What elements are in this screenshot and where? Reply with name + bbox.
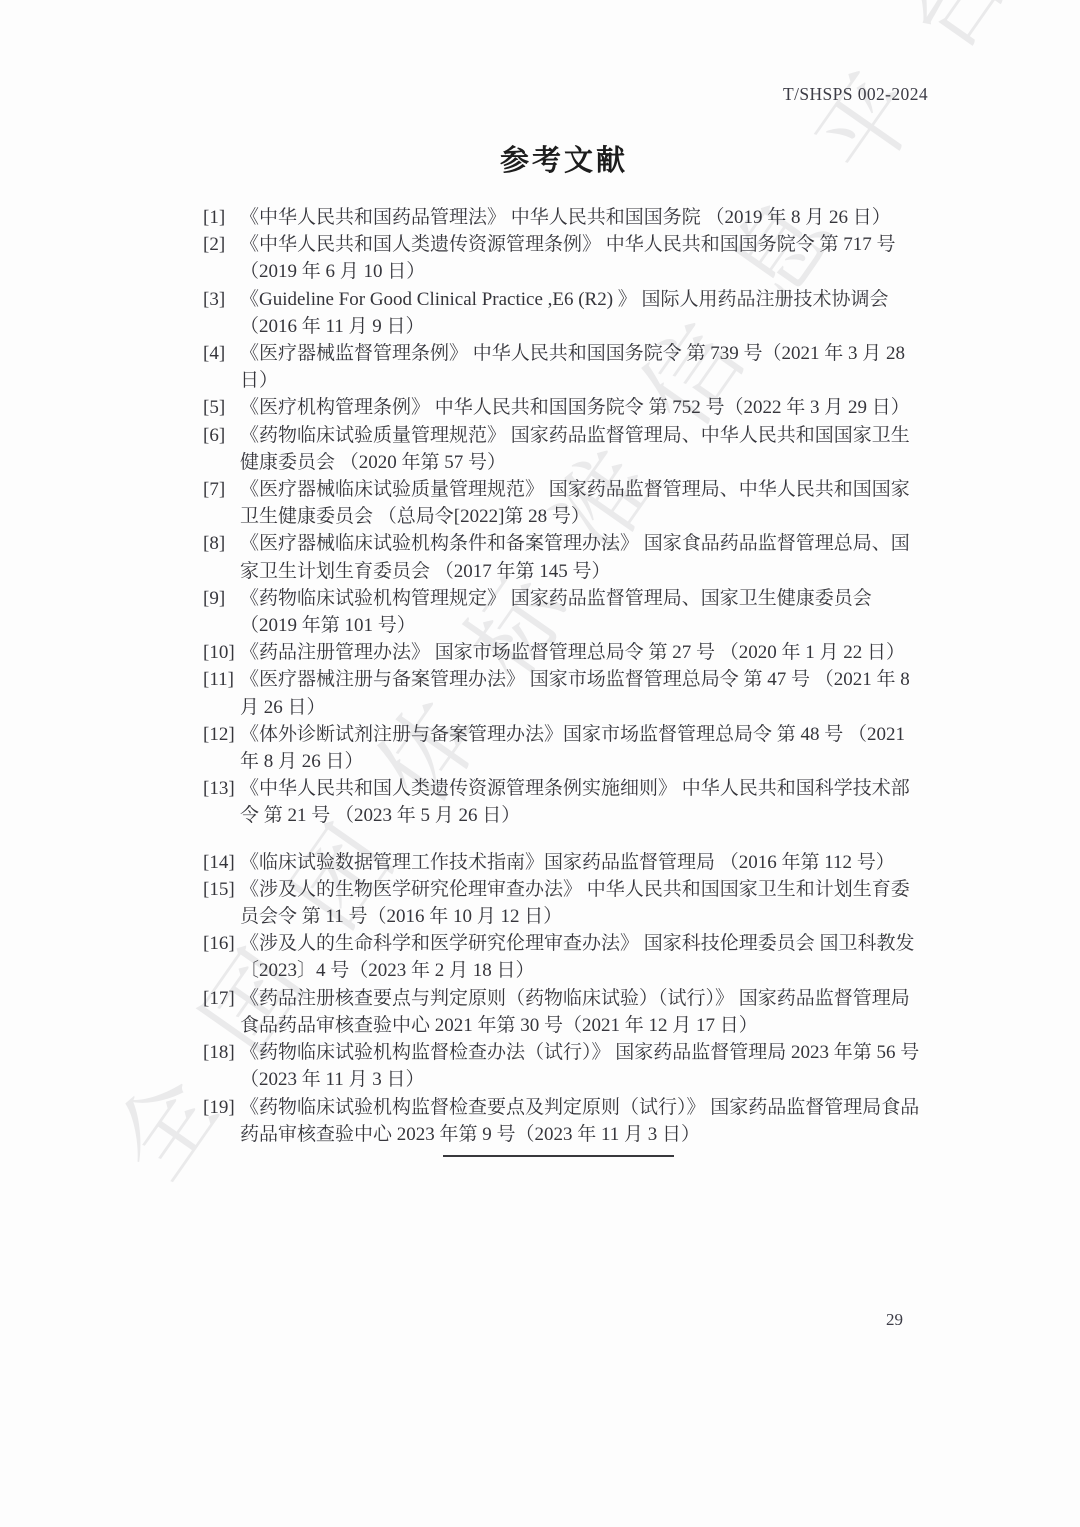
reference-number: [18] xyxy=(203,1039,235,1066)
reference-number: [7] xyxy=(203,476,225,503)
reference-text: 《医疗机构管理条例》 中华人民共和国国务院令 第 752 号（2022 年 3 … xyxy=(240,397,910,418)
reference-text: 《药品注册管理办法》 国家市场监督管理总局令 第 27 号 （2020 年 1 … xyxy=(240,642,905,663)
reference-text: 《医疗器械临床试验机构条件和备案管理办法》 国家食品药品监督管理总局、国家卫生计… xyxy=(240,533,910,581)
reference-number: [1] xyxy=(203,204,225,231)
reference-item: [7]《医疗器械临床试验质量管理规范》 国家药品监督管理局、中华人民共和国国家卫… xyxy=(203,476,927,530)
reference-number: [15] xyxy=(203,876,235,903)
reference-number: [14] xyxy=(203,849,235,876)
reference-item: [19]《药物临床试验机构监督检查要点及判定原则（试行）》 国家药品监督管理局食… xyxy=(203,1094,927,1148)
reference-number: [17] xyxy=(203,985,235,1012)
reference-item: [13]《中华人民共和国人类遗传资源管理条例实施细则》 中华人民共和国科学技术部… xyxy=(203,775,927,829)
reference-item: [1]《中华人民共和国药品管理法》 中华人民共和国国务院 （2019 年 8 月… xyxy=(203,204,927,231)
reference-item: [6]《药物临床试验质量管理规范》 国家药品监督管理局、中华人民共和国国家卫生健… xyxy=(203,422,927,476)
reference-item: [11]《医疗器械注册与备案管理办法》 国家市场监督管理总局令 第 47 号 （… xyxy=(203,666,927,720)
reference-number: [19] xyxy=(203,1094,235,1121)
reference-text: 《药物临床试验机构监督检查要点及判定原则（试行）》 国家药品监督管理局食品药品审… xyxy=(240,1097,919,1145)
reference-text: 《Guideline For Good Clinical Practice ,E… xyxy=(240,289,889,337)
reference-text: 《药品注册核查要点与判定原则（药物临床试验）（试行）》 国家药品监督管理局食品药… xyxy=(240,988,910,1036)
reference-text: 《涉及人的生命科学和医学研究伦理审查办法》 国家科技伦理委员会 国卫科教发〔20… xyxy=(240,933,915,981)
reference-item: [17]《药品注册核查要点与判定原则（药物临床试验）（试行）》 国家药品监督管理… xyxy=(203,985,927,1039)
reference-text: 《体外诊断试剂注册与备案管理办法》国家市场监督管理总局令 第 48 号 （202… xyxy=(240,724,905,772)
reference-text: 《药物临床试验机构管理规定》 国家药品监督管理局、国家卫生健康委员会 （2019… xyxy=(240,588,872,636)
reference-item: [4]《医疗器械监督管理条例》 中华人民共和国国务院令 第 739 号（2021… xyxy=(203,340,927,394)
reference-number: [16] xyxy=(203,930,235,957)
reference-item: [9]《药物临床试验机构管理规定》 国家药品监督管理局、国家卫生健康委员会 （2… xyxy=(203,585,927,639)
reference-item: [15]《涉及人的生物医学研究伦理审查办法》 中华人民共和国国家卫生和计划生育委… xyxy=(203,876,927,930)
document-page: 全国团体标准信息平台 T/SHSPS 002-2024 参考文献 [1]《中华人… xyxy=(0,0,1080,1527)
reference-item: [2]《中华人民共和国人类遗传资源管理条例》 中华人民共和国国务院令 第 717… xyxy=(203,231,927,285)
reference-list: [1]《中华人民共和国药品管理法》 中华人民共和国国务院 （2019 年 8 月… xyxy=(203,204,927,1148)
reference-text: 《中华人民共和国人类遗传资源管理条例》 中华人民共和国国务院令 第 717 号（… xyxy=(240,234,896,282)
reference-item: [8]《医疗器械临床试验机构条件和备案管理办法》 国家食品药品监督管理总局、国家… xyxy=(203,530,927,584)
page-title: 参考文献 xyxy=(203,138,925,179)
reference-number: [8] xyxy=(203,530,225,557)
reference-item: [14]《临床试验数据管理工作技术指南》国家药品监督管理局 （2016 年第 1… xyxy=(203,849,927,876)
standard-code-header: T/SHSPS 002-2024 xyxy=(783,84,928,105)
reference-number: [6] xyxy=(203,422,225,449)
reference-item: [12]《体外诊断试剂注册与备案管理办法》国家市场监督管理总局令 第 48 号 … xyxy=(203,721,927,775)
reference-number: [10] xyxy=(203,639,235,666)
reference-number: [3] xyxy=(203,286,225,313)
reference-text: 《涉及人的生物医学研究伦理审查办法》 中华人民共和国国家卫生和计划生育委员会令 … xyxy=(240,879,910,927)
reference-item: [3]《Guideline For Good Clinical Practice… xyxy=(203,286,927,340)
reference-number: [11] xyxy=(203,666,234,693)
reference-number: [9] xyxy=(203,585,225,612)
reference-item: [18]《药物临床试验机构监督检查办法（试行）》 国家药品监督管理局 2023 … xyxy=(203,1039,927,1093)
reference-text: 《医疗器械注册与备案管理办法》 国家市场监督管理总局令 第 47 号 （2021… xyxy=(240,669,910,717)
page-number: 29 xyxy=(886,1310,903,1330)
reference-text: 《药物临床试验机构监督检查办法（试行）》 国家药品监督管理局 2023 年第 5… xyxy=(240,1042,919,1090)
reference-item: [16]《涉及人的生命科学和医学研究伦理审查办法》 国家科技伦理委员会 国卫科教… xyxy=(203,930,927,984)
reference-text: 《医疗器械监督管理条例》 中华人民共和国国务院令 第 739 号（2021 年 … xyxy=(240,343,905,391)
reference-text: 《医疗器械临床试验质量管理规范》 国家药品监督管理局、中华人民共和国国家卫生健康… xyxy=(240,479,910,527)
reference-item: [5]《医疗机构管理条例》 中华人民共和国国务院令 第 752 号（2022 年… xyxy=(203,394,927,421)
reference-text: 《中华人民共和国药品管理法》 中华人民共和国国务院 （2019 年 8 月 26… xyxy=(240,207,891,228)
reference-text: 《临床试验数据管理工作技术指南》国家药品监督管理局 （2016 年第 112 号… xyxy=(240,852,895,873)
reference-text: 《中华人民共和国人类遗传资源管理条例实施细则》 中华人民共和国科学技术部令 第 … xyxy=(240,778,910,826)
reference-number: [12] xyxy=(203,721,235,748)
reference-number: [2] xyxy=(203,231,225,258)
reference-number: [5] xyxy=(203,394,225,421)
reference-number: [13] xyxy=(203,775,235,802)
end-of-document-divider xyxy=(443,1155,674,1157)
reference-item: [10]《药品注册管理办法》 国家市场监督管理总局令 第 27 号 （2020 … xyxy=(203,639,927,666)
reference-text: 《药物临床试验质量管理规范》 国家药品监督管理局、中华人民共和国国家卫生健康委员… xyxy=(240,425,910,473)
reference-number: [4] xyxy=(203,340,225,367)
